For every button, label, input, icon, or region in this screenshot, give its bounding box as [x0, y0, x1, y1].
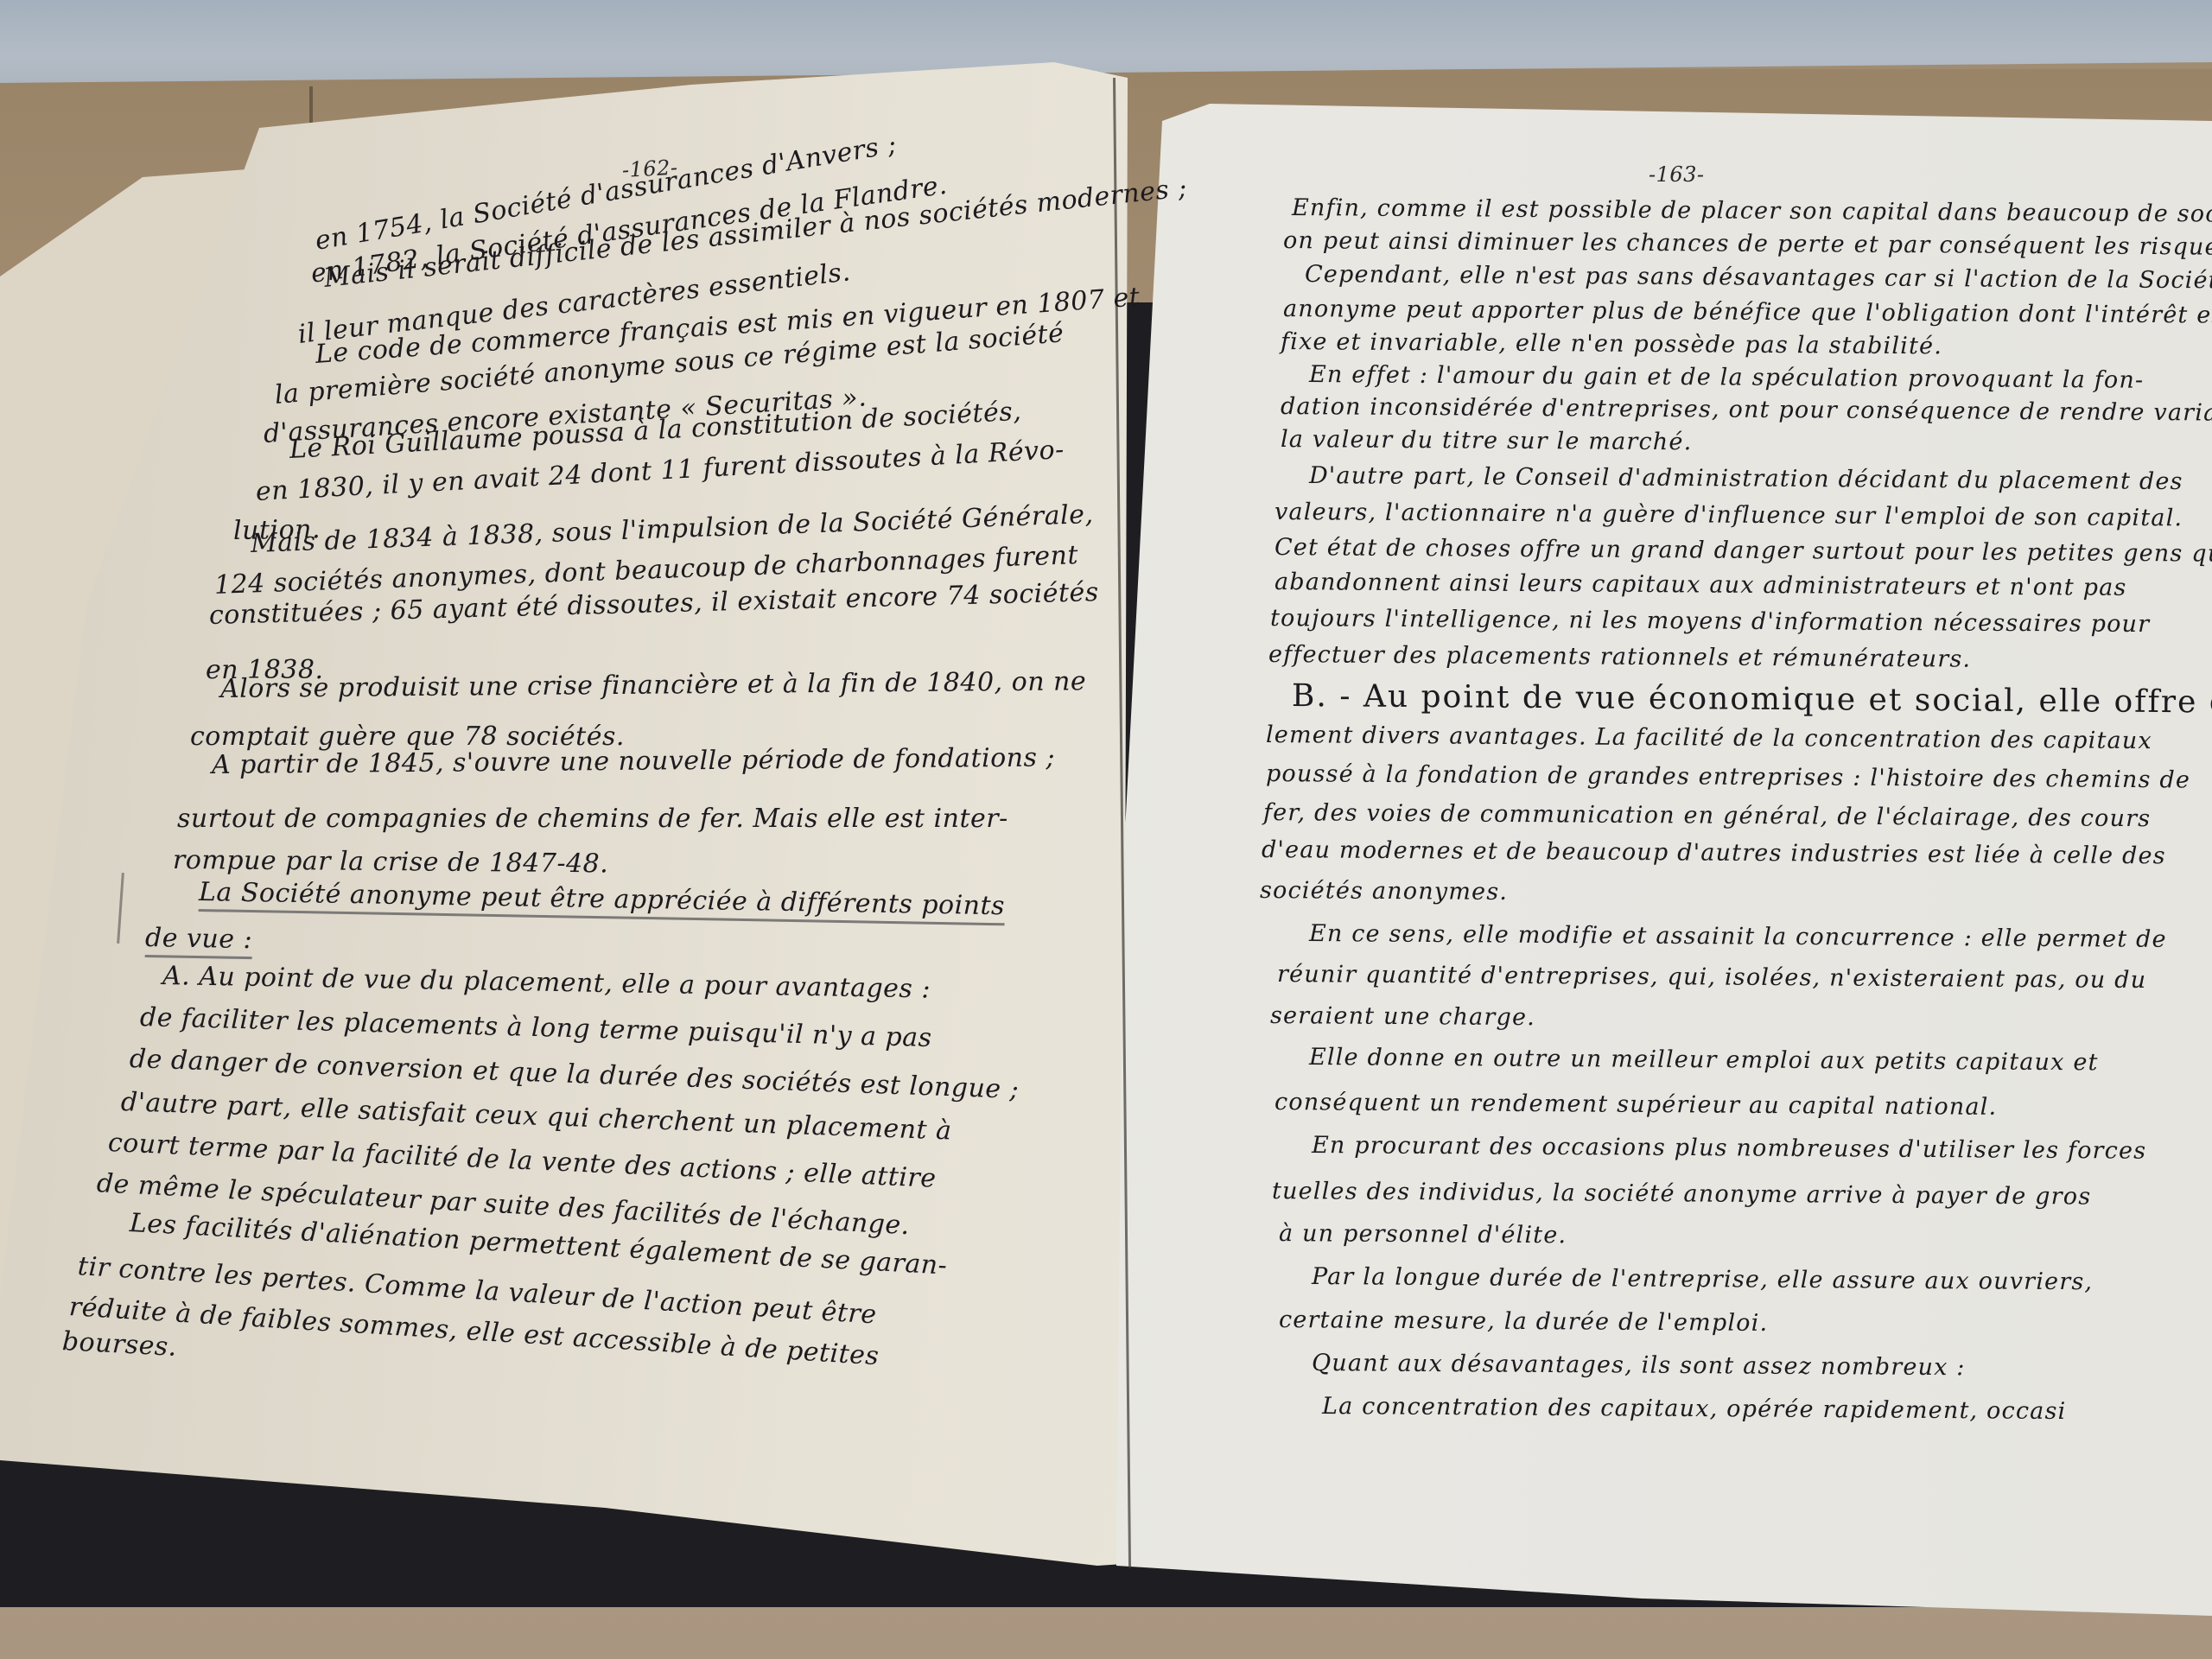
page-number-right: -163- — [1649, 162, 1705, 187]
text-line: la valeur du titre sur le marché. — [1281, 426, 1693, 455]
text-line: La concentration des capitaux, opérée ra… — [1322, 1393, 2067, 1425]
section-heading-cont: de vue : — [145, 923, 253, 959]
text-line: rompue par la crise de 1847-48. — [173, 845, 609, 879]
text-line: sociétés anonymes. — [1260, 877, 1508, 906]
text-line: effectuer des placements rationnels et r… — [1268, 641, 1971, 673]
text-line: Elle donne en outre un meilleur emploi a… — [1309, 1044, 2099, 1076]
text-line: Par la longue durée de l'entreprise, ell… — [1312, 1263, 2093, 1295]
section-heading: B. - Au point de vue économique et socia… — [1292, 678, 2212, 721]
text-line: Quant aux désavantages, ils sont assez n… — [1312, 1350, 1966, 1381]
text-line: surtout de compagnies de chemins de fer.… — [177, 804, 1008, 834]
text-line: tuelles des individus, la société anonym… — [1272, 1178, 2092, 1211]
text-line: à un personnel d'élite. — [1279, 1220, 1567, 1249]
text-line: fixe et invariable, elle n'en possède pa… — [1281, 328, 1942, 359]
text-line: seraient une charge. — [1270, 1002, 1535, 1031]
text-line: bourses. — [61, 1326, 178, 1363]
text-line: conséquent un rendement supérieur au cap… — [1274, 1089, 1998, 1121]
text-line: certaine mesure, la durée de l'emploi. — [1279, 1306, 1769, 1337]
